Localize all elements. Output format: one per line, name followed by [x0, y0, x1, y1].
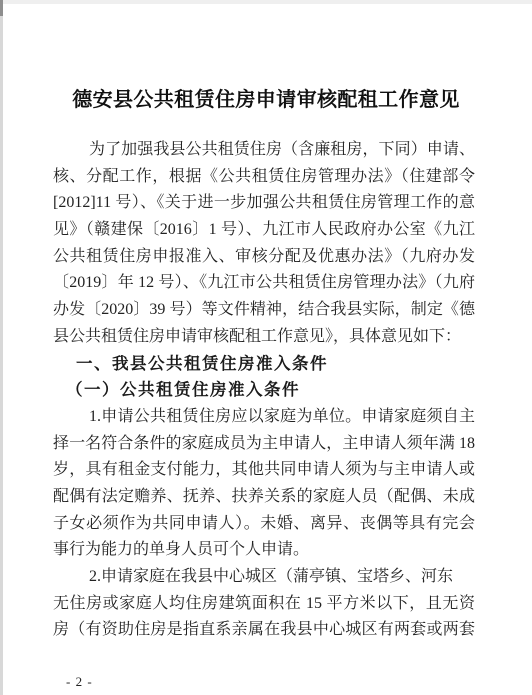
document-line-13: 岁，具有租金支付能力，其他共同申请人须为与主申请人或其	[53, 457, 475, 484]
document-line-1: 为了加强我县公共租赁住房（含廉租房，下同）申请、审	[53, 137, 475, 164]
scan-edge-top	[0, 0, 532, 4]
document-line-10: （一）公共租赁住房准入条件	[53, 377, 475, 404]
document-line-15: 子女必须作为共同申请人）。未婚、离异、丧偶等具有完会民	[53, 511, 475, 538]
document-line-18: 无住房或家庭人均住房建筑面积在 15 平方米以下，且无资助住	[53, 591, 475, 618]
document-line-7: 办发〔2020〕39 号）等文件精神，结合我县实际，制定《德安	[53, 297, 475, 324]
document-line-3: [2012]11 号）、《关于进一步加强公共租赁住房管理工作的意	[53, 190, 475, 217]
document-line-9: 一、我县公共租赁住房准入条件	[53, 351, 475, 378]
document-line-4: 见》（赣建保〔2016〕1 号）、九江市人民政府办公室《九江市	[53, 217, 475, 244]
document-line-2: 核、分配工作，根据《公共租赁住房管理办法》（住建部令	[53, 164, 475, 191]
document-line-8: 县公共租赁住房申请审核配租工作意见》，具体意见如下：	[53, 324, 475, 351]
scan-corner-mark	[0, 0, 3, 16]
document-page: 德安县公共租赁住房申请审核配租工作意见 为了加强我县公共租赁住房（含廉租房，下同…	[0, 0, 532, 695]
document-line-14: 配偶有法定赡养、抚养、扶养关系的家庭人员（配偶、未成年	[53, 484, 475, 511]
document-line-17: 2.申请家庭在我县中心城区（蒲亭镇、宝塔乡、河东乡）	[53, 564, 475, 591]
document-line-12: 择一名符合条件的家庭成员为主申请人，主申请人须年满 18 周	[53, 431, 475, 458]
document-line-11: 1.申请公共租赁住房应以家庭为单位。申请家庭须自主选	[53, 404, 475, 431]
document-line-19: 房（有资助住房是指直系亲属在我县中心城区有两套或两套以	[53, 617, 475, 644]
document-line-6: 〔2019〕年 12 号）、《九江市公共租赁住房管理办法》（九府	[53, 270, 475, 297]
page-number: - 2 -	[66, 674, 93, 690]
document-body: 为了加强我县公共租赁住房（含廉租房，下同）申请、审核、分配工作，根据《公共租赁住…	[53, 137, 475, 644]
document-line-16: 事行为能力的单身人员可个人申请。	[53, 537, 475, 564]
document-line-5: 公共租赁住房申报准入、审核分配及优惠办法》（九府办发	[53, 244, 475, 271]
document-title: 德安县公共租赁住房申请审核配租工作意见	[0, 83, 532, 112]
